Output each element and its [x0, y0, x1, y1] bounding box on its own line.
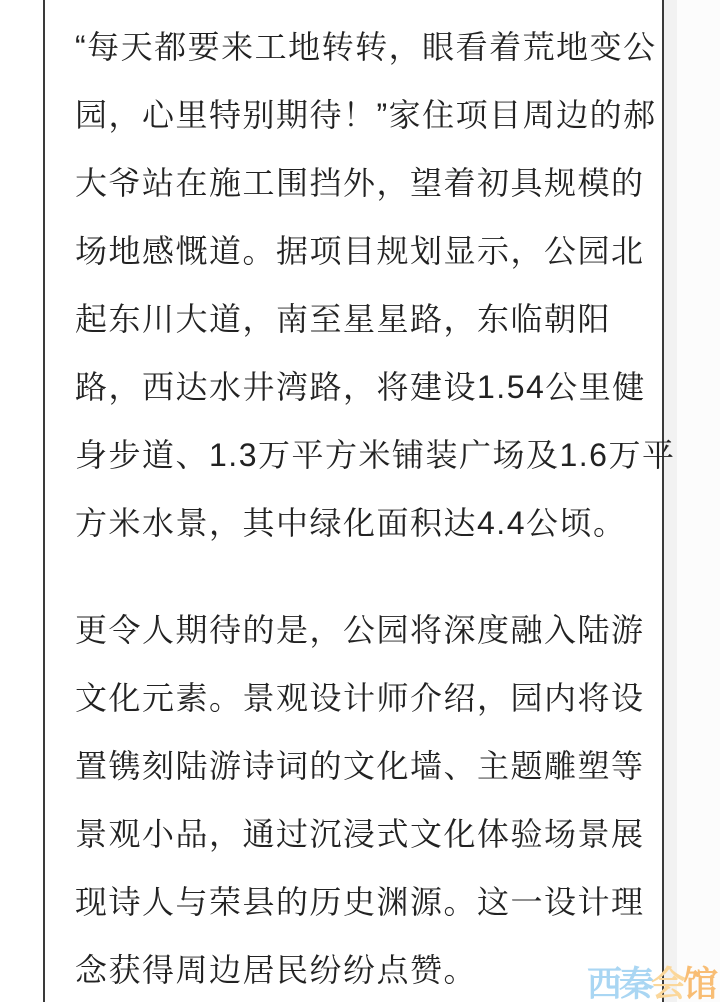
- text-line: 大爷站在施工围挡外，望着初具规模的: [75, 149, 655, 217]
- text-line: 景观小品，通过沉浸式文化体验场景展: [75, 800, 655, 868]
- text-line: 场地感慨道。据项目规划显示，公园北: [75, 217, 655, 285]
- article-page: “每天都要来工地转转，眼看着荒地变公 园，心里特别期待！”家住项目周边的郝 大爷…: [0, 0, 720, 1002]
- paragraph-1: “每天都要来工地转转，眼看着荒地变公 园，心里特别期待！”家住项目周边的郝 大爷…: [75, 13, 655, 557]
- text-line: 置镌刻陆游诗词的文化墙、主题雕塑等: [75, 732, 655, 800]
- text-line: 路，西达水井湾路，将建设1.54公里健: [75, 353, 655, 421]
- text-line: 身步道、1.3万平方米铺装广场及1.6万平: [75, 421, 655, 489]
- left-border-line: [43, 0, 45, 1002]
- text-line: 方米水景，其中绿化面积达4.4公顷。: [75, 489, 655, 557]
- text-line: 现诗人与荣县的历史渊源。这一设计理: [75, 868, 655, 936]
- article-body: “每天都要来工地转转，眼看着荒地变公 园，心里特别期待！”家住项目周边的郝 大爷…: [75, 13, 655, 1002]
- text-line: 起东川大道，南至星星路，东临朝阳: [75, 285, 655, 353]
- right-border-line: [662, 0, 664, 1002]
- text-line: “每天都要来工地转转，眼看着荒地变公: [75, 13, 655, 81]
- right-gutter: [664, 0, 677, 1002]
- text-line: 文化元素。景观设计师介绍，园内将设: [75, 664, 655, 732]
- watermark-segment: 西秦: [587, 965, 651, 1002]
- site-watermark: 西秦会馆: [587, 957, 715, 1002]
- watermark-segment: 会: [651, 965, 683, 1002]
- right-edge-area: [677, 0, 720, 1002]
- watermark-segment: 馆: [683, 965, 715, 1002]
- text-line: 更令人期待的是，公园将深度融入陆游: [75, 596, 655, 664]
- text-line: 念获得周边居民纷纷点赞。: [75, 936, 655, 1002]
- text-line: 园，心里特别期待！”家住项目周边的郝: [75, 81, 655, 149]
- paragraph-2: 更令人期待的是，公园将深度融入陆游 文化元素。景观设计师介绍，园内将设 置镌刻陆…: [75, 596, 655, 1002]
